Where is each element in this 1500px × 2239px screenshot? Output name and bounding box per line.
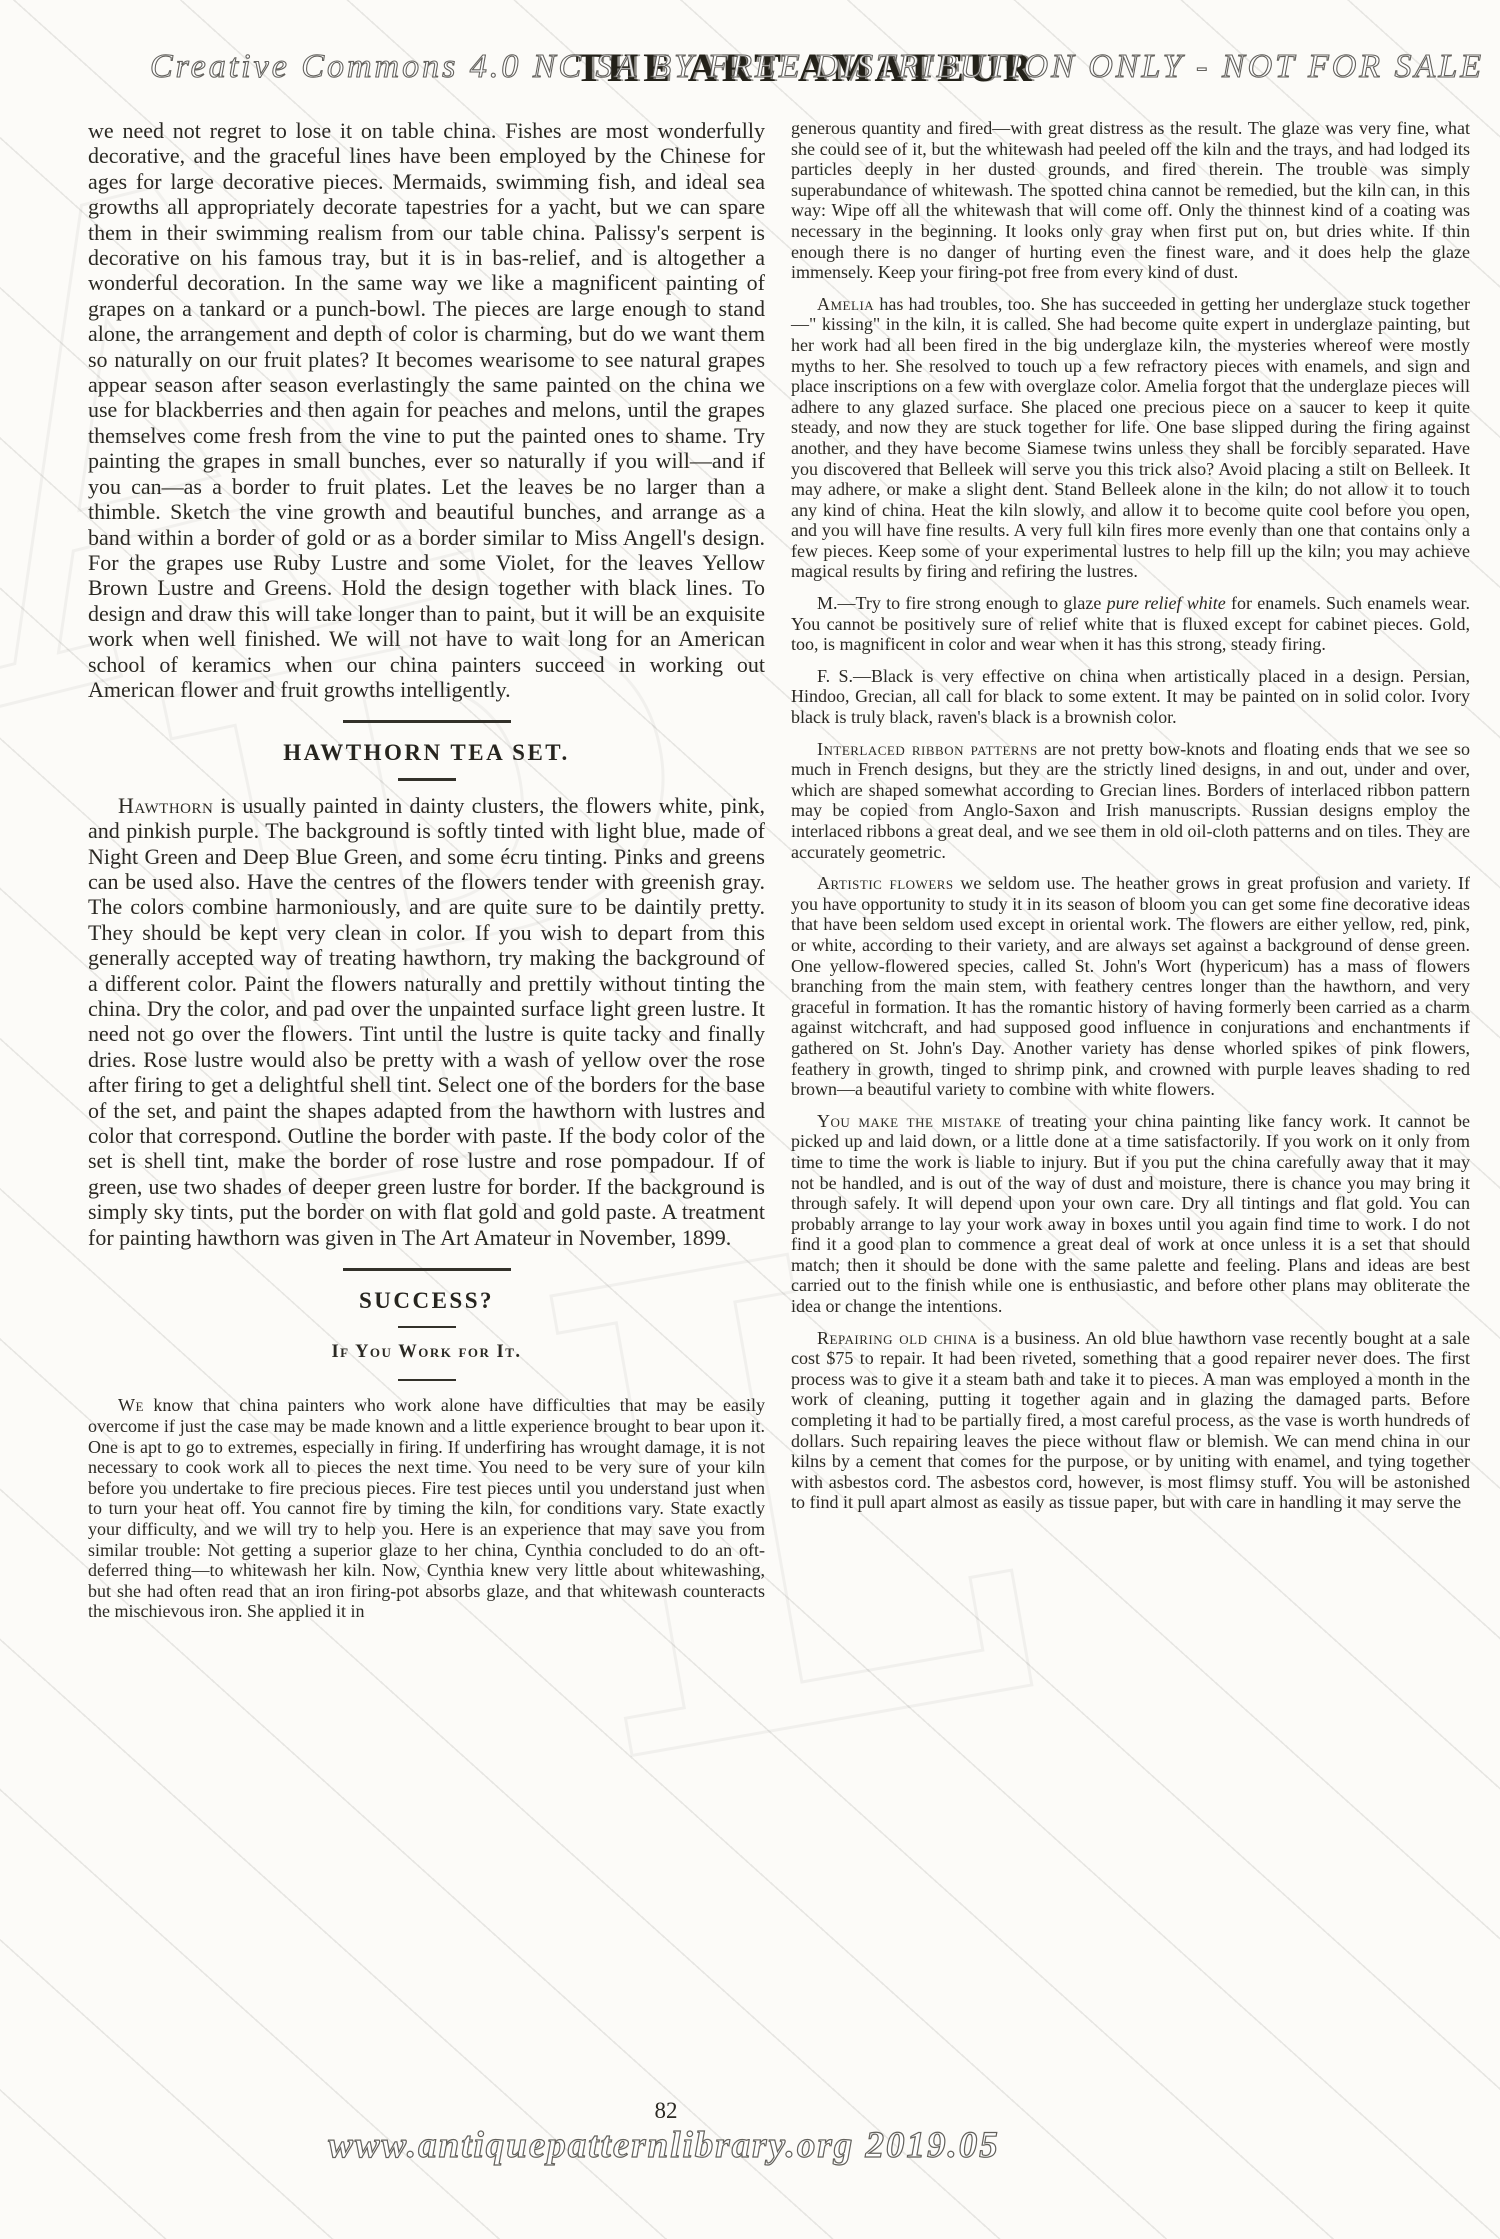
paragraph-m-relief-white: M.—Try to fire strong enough to glaze pu… bbox=[791, 593, 1470, 655]
success-heading-block: SUCCESS? If You Work for It. bbox=[88, 1268, 765, 1381]
paragraph-table-china: we need not regret to lose it on table c… bbox=[88, 118, 765, 702]
paragraph-lead: Interlaced ribbon patterns bbox=[817, 739, 1038, 759]
paragraph-interlaced-ribbon: Interlaced ribbon patterns are not prett… bbox=[791, 739, 1470, 863]
hawthorn-tea-set-heading: HAWTHORN TEA SET. bbox=[88, 740, 765, 765]
paragraph-text: has had troubles, too. She has succeeded… bbox=[791, 294, 1470, 582]
paragraph-lead: Repairing old china bbox=[817, 1328, 977, 1348]
paragraph-lead: Hawthorn bbox=[118, 793, 213, 818]
heading-divider-rule bbox=[343, 720, 511, 723]
right-column: generous quantity and fired—with great d… bbox=[791, 118, 1470, 1524]
heading-underline-rule bbox=[398, 1326, 456, 1329]
paragraph-kiln-advice: We know that china painters who work alo… bbox=[88, 1395, 765, 1622]
heading-divider-rule bbox=[343, 1268, 511, 1271]
paragraph-whitewash: generous quantity and fired—with great d… bbox=[791, 118, 1470, 283]
paragraph-text: of treating your china painting like fan… bbox=[791, 1111, 1470, 1316]
paragraph-amelia: Amelia has had troubles, too. She has su… bbox=[791, 294, 1470, 582]
scanned-magazine-page: A P L THE ART AMATEUR Creative Commons 4… bbox=[0, 0, 1500, 2239]
paragraph-lead: Artistic flowers bbox=[817, 873, 954, 893]
heading-underline-rule bbox=[398, 778, 456, 781]
paragraph-lead: We bbox=[118, 1395, 144, 1415]
paragraph-fs-black: F. S.—Black is very effective on china w… bbox=[791, 666, 1470, 728]
italic-phrase: pure relief white bbox=[1107, 593, 1226, 613]
page-number: 82 bbox=[0, 2098, 1416, 2124]
left-column: we need not regret to lose it on table c… bbox=[88, 118, 765, 1622]
paragraph-artistic-flowers: Artistic flowers we seldom use. The heat… bbox=[791, 873, 1470, 1100]
paragraph-text: is a business. An old blue hawthorn vase… bbox=[791, 1328, 1470, 1513]
success-heading: SUCCESS? bbox=[88, 1288, 765, 1313]
paragraph-text: M.—Try to fire strong enough to glaze bbox=[817, 593, 1107, 613]
paragraph-lead: Amelia bbox=[817, 294, 874, 314]
paragraph-repairing-china: Repairing old china is a business. An ol… bbox=[791, 1328, 1470, 1513]
hawthorn-heading-block: HAWTHORN TEA SET. bbox=[88, 720, 765, 780]
library-url-watermark: www.antiquepatternlibrary.org 2019.05 bbox=[0, 2124, 1414, 2167]
paragraph-hawthorn: Hawthorn is usually painted in dainty cl… bbox=[88, 793, 765, 1250]
paragraph-text: is usually painted in dainty clusters, t… bbox=[88, 793, 765, 1250]
paragraph-text: we seldom use. The heather grows in grea… bbox=[791, 873, 1470, 1099]
paragraph-mistake: You make the mistake of treating your ch… bbox=[791, 1111, 1470, 1317]
success-subheading: If You Work for It. bbox=[88, 1340, 765, 1365]
creative-commons-watermark: Creative Commons 4.0 NC SA BY FREE DISTR… bbox=[150, 48, 1484, 86]
paragraph-text: know that china painters who work alone … bbox=[88, 1395, 765, 1621]
paragraph-lead: You make the mistake bbox=[817, 1111, 1002, 1131]
heading-underline-rule bbox=[398, 1379, 456, 1382]
